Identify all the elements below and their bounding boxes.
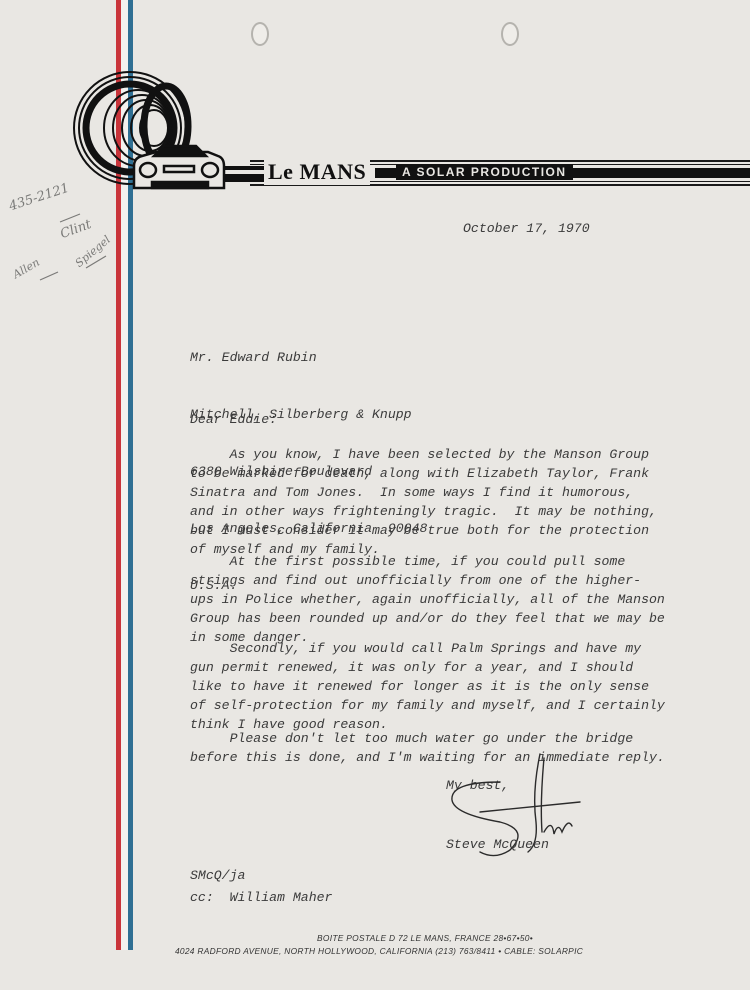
address-line: Mr. Edward Rubin — [190, 348, 427, 367]
body-paragraph: Secondly, if you would call Palm Springs… — [190, 639, 665, 734]
punch-hole — [501, 22, 519, 46]
cc-line: cc: William Maher — [190, 888, 332, 907]
reference-initials: SMcQ/ja — [190, 866, 245, 885]
body-paragraph: At the first possible time, if you could… — [190, 552, 665, 647]
punch-hole — [251, 22, 269, 46]
body-paragraph: Please don't let too much water go under… — [190, 729, 665, 767]
salutation: Dear Eddie: — [190, 410, 277, 429]
footer-address-california: 4024 RADFORD AVENUE, NORTH HOLLYWOOD, CA… — [0, 946, 750, 956]
handwritten-underline-icon — [20, 200, 110, 300]
brand-tagline: A SOLAR PRODUCTION — [396, 164, 573, 180]
brand-name: Le MANS — [264, 159, 370, 185]
letter-date: October 17, 1970 — [463, 219, 590, 238]
signer-name: Steve McQueen — [446, 835, 549, 854]
footer-address-france: BOITE POSTALE D 72 LE MANS, FRANCE 28•67… — [0, 933, 750, 943]
le-mans-logo-icon — [68, 70, 268, 200]
body-paragraph: As you know, I have been selected by the… — [190, 445, 657, 559]
